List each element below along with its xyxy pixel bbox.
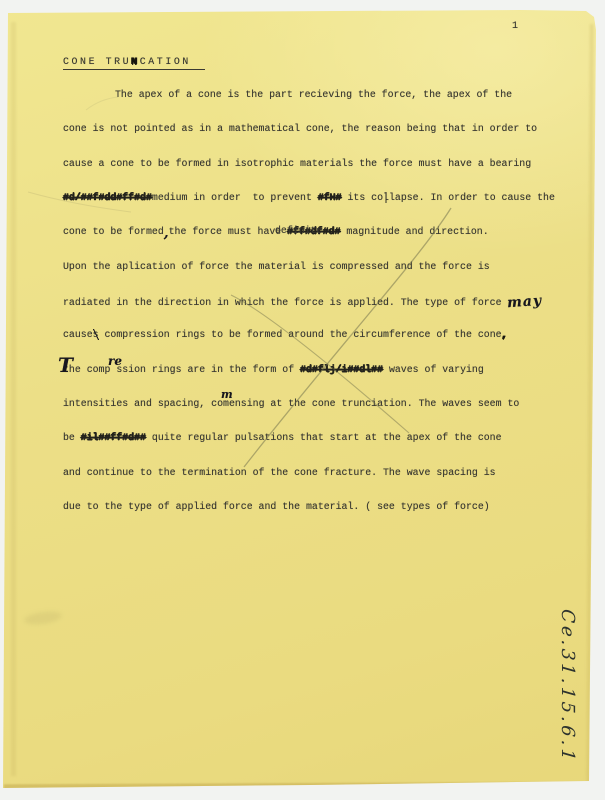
typed-text: Upon the aplication of force the materia… (63, 261, 490, 272)
typed-text: cause a cone to be formed in isotrophic … (63, 158, 531, 169)
paper-bottom-edge (4, 782, 591, 790)
typed-text: and continue to the termination of the c… (63, 467, 496, 478)
typed-text: ssion rings are in the form of (110, 364, 300, 375)
typed-line: cause a cone to be formed in isotrophic … (63, 147, 603, 181)
paper-smudge (23, 609, 62, 626)
typed-line: be #il##ff#d## quite regular pulsations … (63, 421, 603, 455)
paper-fold-line (11, 22, 16, 776)
struckout-text: #d#flj/i##dl## (300, 364, 383, 375)
typed-line: #d/##f#dd#ff#d#medium in order to preven… (63, 181, 603, 215)
typed-text: quite regular pulsations that start at t… (146, 432, 502, 443)
typed-text: intensities and spacing, com (63, 398, 229, 409)
page-number: 1 (512, 21, 518, 32)
typed-text: ensing at the cone trunciation. The wave… (229, 398, 519, 409)
catalog-number: Ce.31.15.6.1 (557, 608, 578, 764)
typed-text: the force must have (169, 226, 288, 237)
typed-text: cone to be formed (63, 226, 164, 237)
typed-line: radiated in the direction in which the f… (63, 284, 603, 318)
typed-line: due to the type of applied force and the… (63, 490, 603, 524)
typed-line: cone is not pointed as in a mathematical… (63, 112, 603, 146)
typed-text: cause (63, 329, 93, 340)
typed-text: The apex of a cone is the part recieving… (115, 89, 512, 100)
typed-text: radiated in the direction in which the f… (63, 297, 507, 308)
typed-text: CONE TRU (63, 56, 131, 67)
typed-line: Upon the aplication of force the materia… (63, 250, 603, 284)
typed-text: be (63, 432, 81, 443)
overtyped-character: N (131, 56, 140, 67)
handwritten-insertion-re: re (108, 355, 122, 367)
typed-line: Tthe compre ssion rings are in the form … (63, 353, 603, 387)
typed-text: cone is not pointed as in a mathematical… (63, 123, 537, 134)
handwritten-word-may: may (506, 284, 543, 321)
typed-insertion: definite (275, 214, 322, 248)
typed-text-block: The apex of a cone is the part recieving… (63, 78, 603, 524)
typed-text: CATION (140, 56, 191, 67)
document-title: CONE TRUNCATION (63, 56, 205, 70)
typed-text: medium in order to prevent (152, 192, 318, 203)
typed-line: The apex of a cone is the part recieving… (63, 78, 603, 112)
struckout-text: #fH# (318, 192, 342, 203)
typed-text: due to the type of applied force and the… (63, 501, 490, 512)
typed-line: and continue to the termination of the c… (63, 456, 603, 490)
typed-line: definitecone to be formed,the force must… (63, 215, 603, 249)
typed-text: lapse. In order to cause the (389, 192, 555, 203)
handwritten-capital-T: T (58, 355, 73, 375)
overtyped-period: , (502, 329, 508, 340)
struckout-text: #d/##f#dd#ff#d# (63, 192, 152, 203)
document-title-text: CONE TRUNCATION (63, 56, 205, 70)
typed-text: compression rings to be formed around th… (99, 329, 502, 340)
typed-line: intensities and spacing, commensing at t… (63, 387, 603, 421)
handwritten-insertion-m: m (221, 389, 233, 400)
typed-text: waves of varying (383, 364, 484, 375)
typed-line: causes compression rings to be formed ar… (63, 318, 603, 352)
typed-text: its co (342, 192, 383, 203)
struckout-text: #il##ff#d## (81, 432, 146, 443)
typed-text: magnitude and direction. (341, 226, 489, 237)
